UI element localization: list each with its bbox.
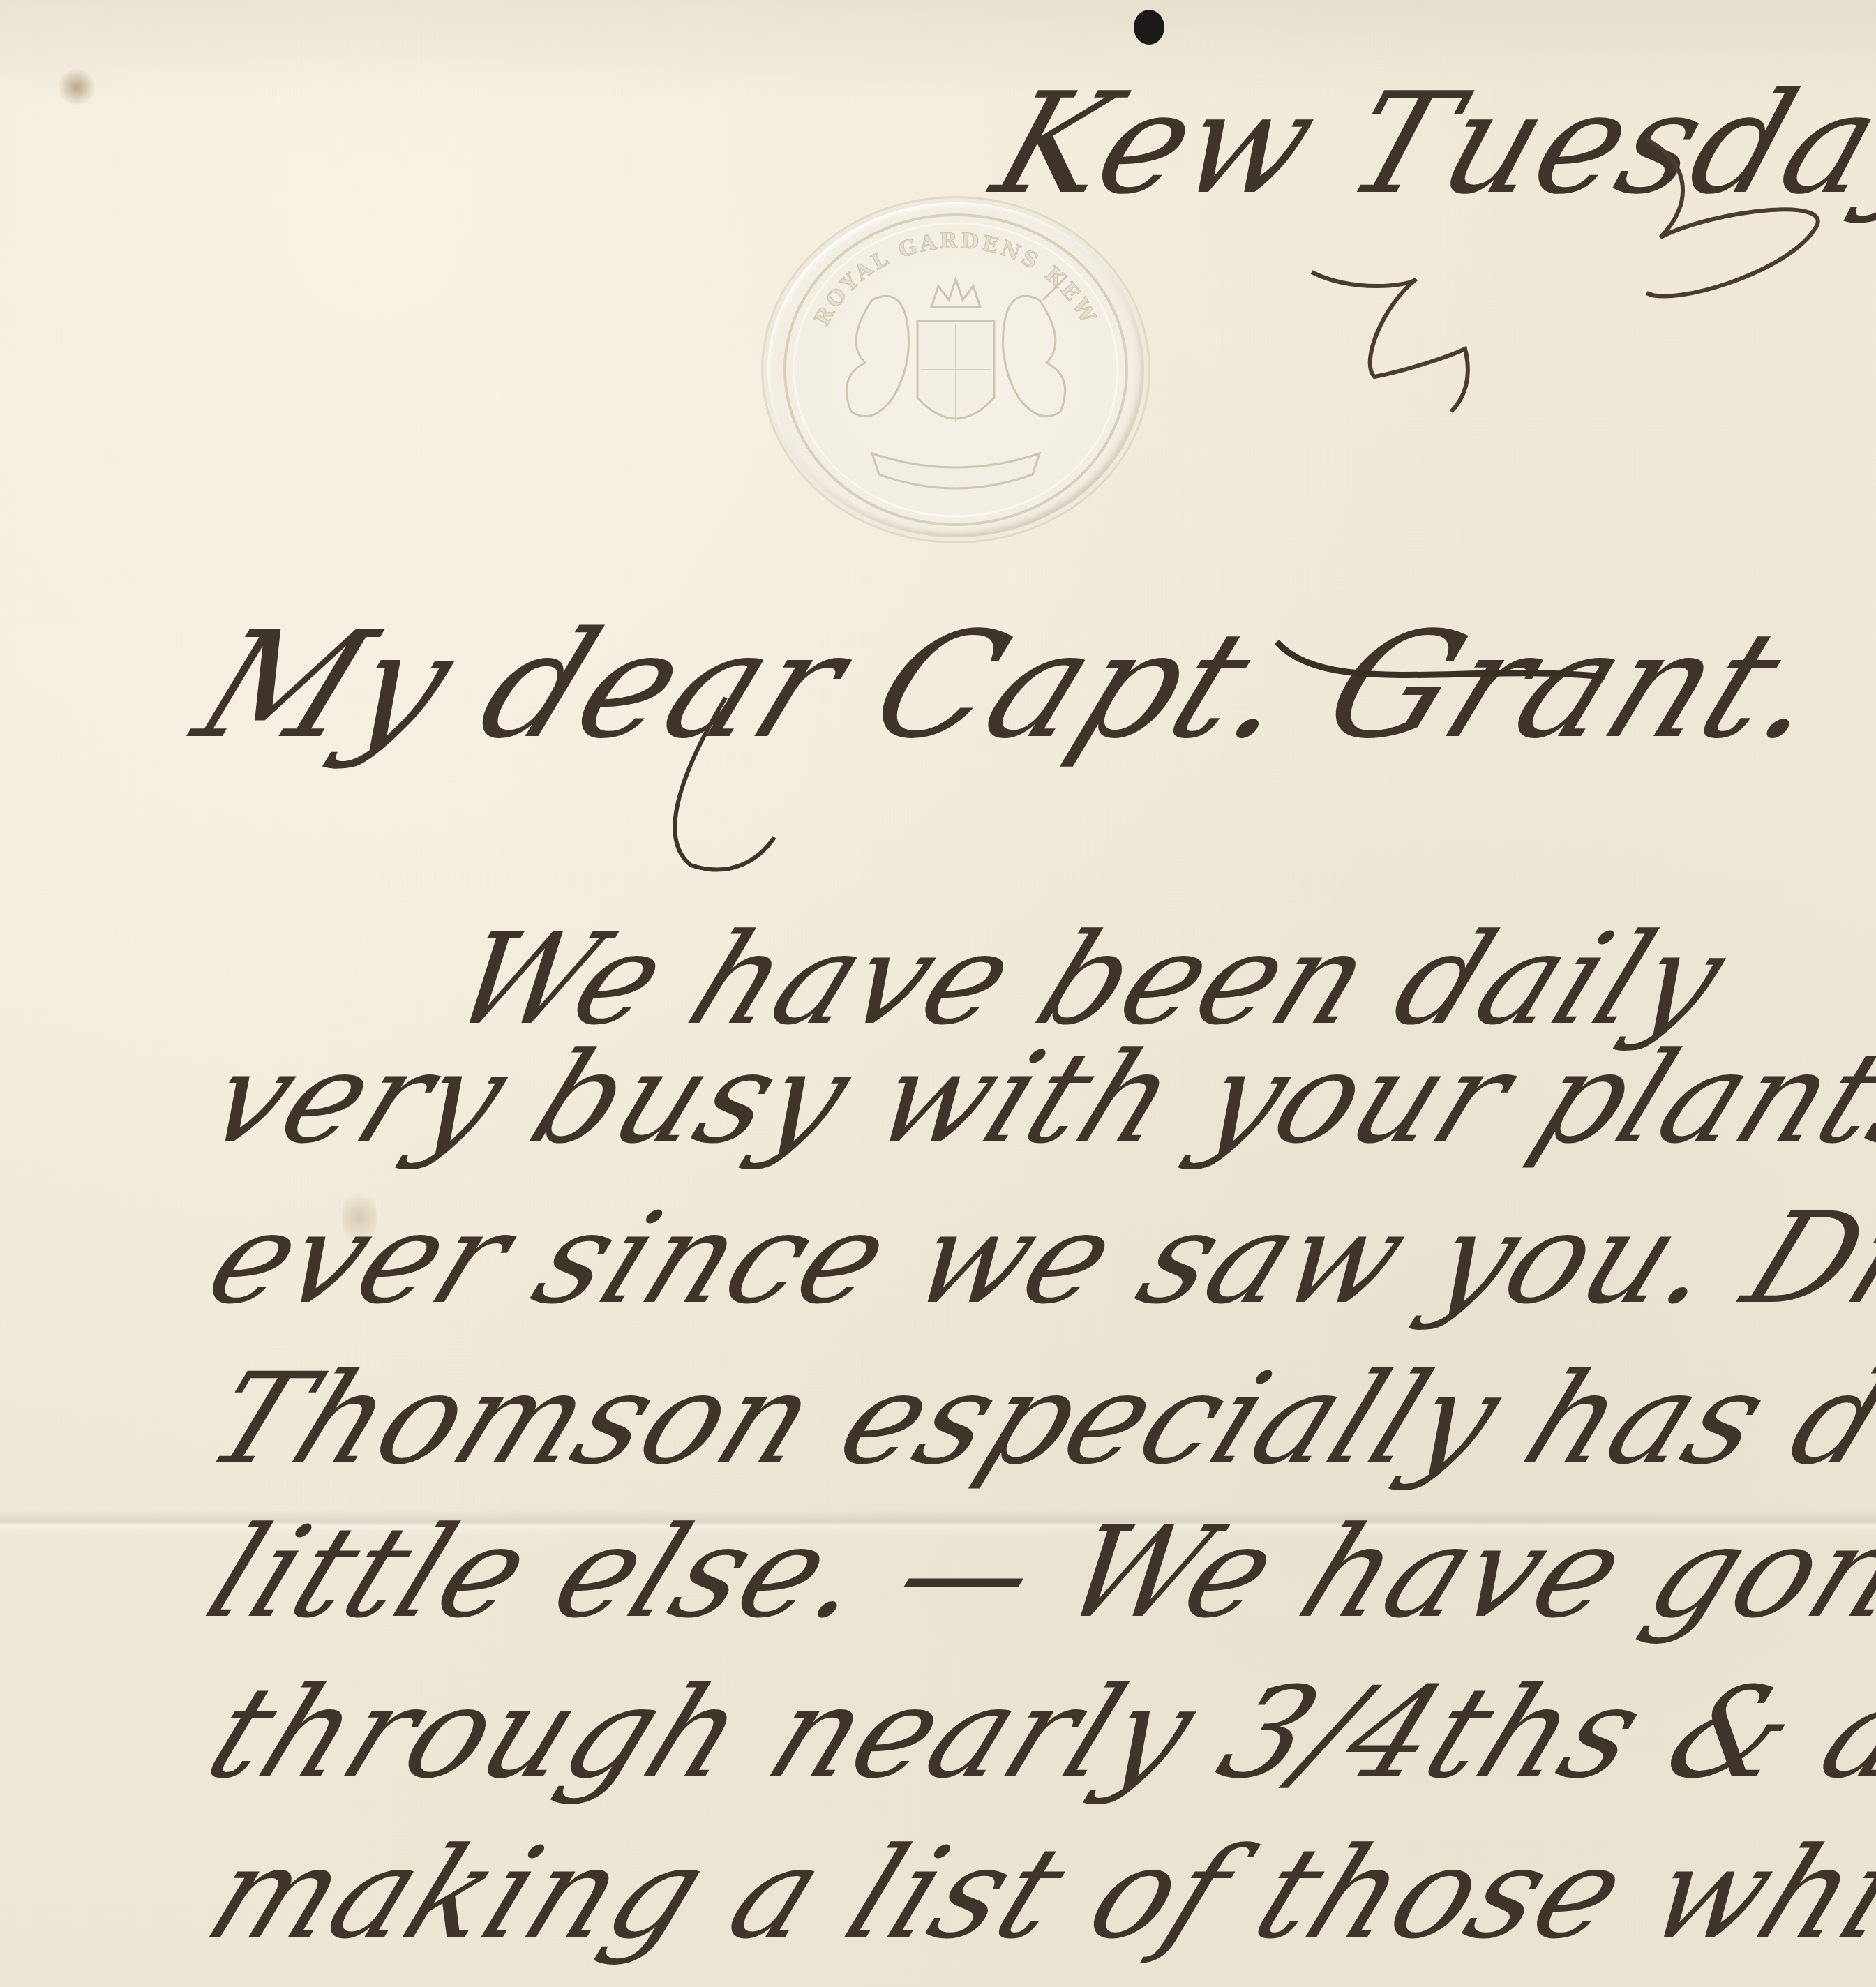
body-line-6: through nearly 3/4ths & am	[188, 1660, 1876, 1806]
body-line-3: ever since we saw you. Dr	[188, 1186, 1876, 1332]
body-line-2: very busy with your plants	[188, 1026, 1876, 1171]
body-line-4: Thomson especially has done	[188, 1347, 1876, 1492]
body-line-7: making a list of those which are	[188, 1821, 1876, 1967]
salutation-flourish-icon	[0, 0, 1876, 907]
letter-page: Kew Tuesday ROYAL GARDENS KEW	[0, 0, 1876, 1987]
body-line-5: little else. — We have gone	[188, 1500, 1876, 1646]
